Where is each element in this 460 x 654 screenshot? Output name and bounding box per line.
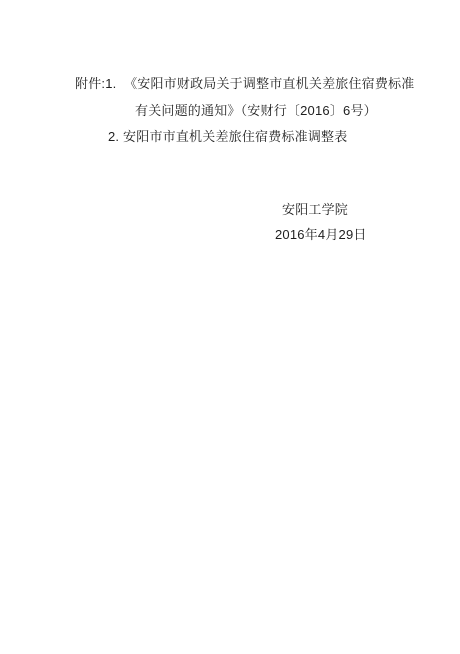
document-page: 附件:1. 《安阳市财政局关于调整市直机关差旅住宿费标准 有关问题的通知》（安财… (0, 0, 460, 654)
attachment-list-item-1-line-2: 有关问题的通知》（安财行〔2016〕6号） (135, 104, 377, 118)
signature-date: 2016年4月29日 (275, 228, 367, 242)
attachment-list-item-2: 2. 安阳市市直机关差旅住宿费标准调整表 (108, 130, 347, 144)
signature-organization: 安阳工学院 (282, 203, 348, 217)
attachment-list-item-1-line-1: 附件:1. 《安阳市财政局关于调整市直机关差旅住宿费标准 (75, 77, 414, 91)
